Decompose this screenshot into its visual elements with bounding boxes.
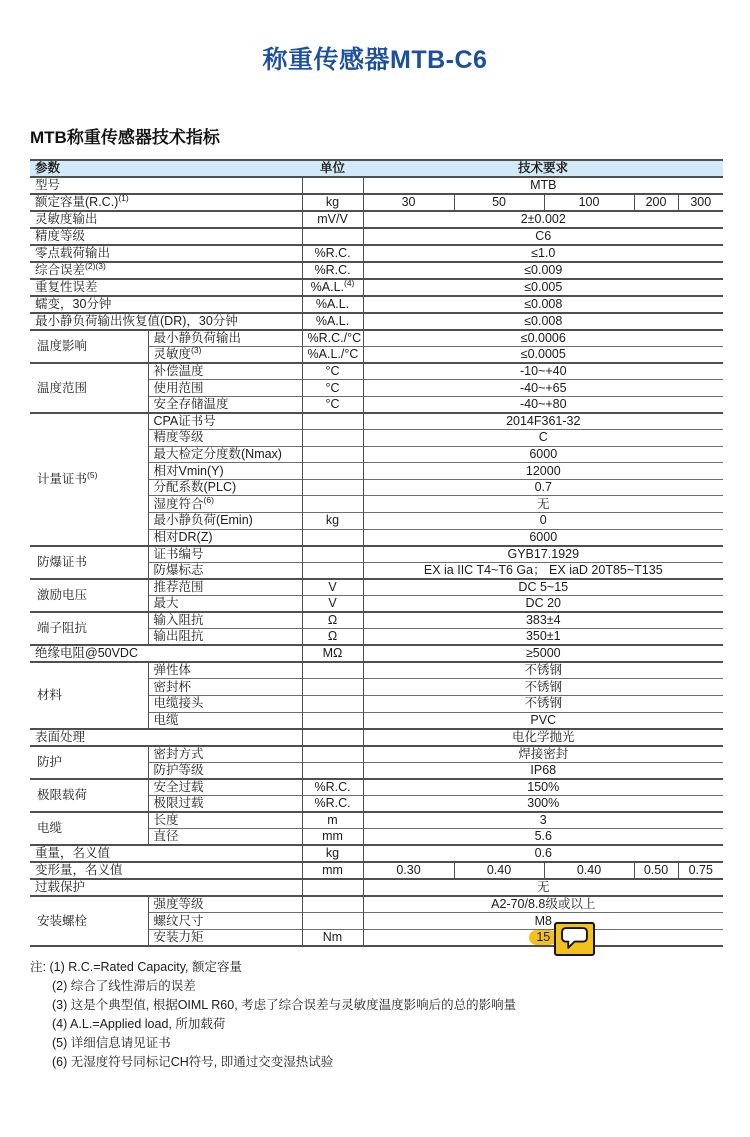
unit-cell: %R.C.: [302, 245, 363, 262]
unit-cell: Ω: [302, 629, 363, 646]
param-cell: 相对DR(Z): [148, 529, 302, 546]
table-row: 端子阻抗输入阻抗Ω383±4: [30, 612, 723, 629]
table-row: 安装螺栓强度等级A2-70/8.8级或以上: [30, 896, 723, 913]
unit-cell: %R.C.: [302, 262, 363, 279]
param-cell: 绝缘电阻@50VDC: [30, 645, 302, 662]
value-cell: ≤0.009: [363, 262, 723, 279]
param-cell: 密封杯: [148, 679, 302, 696]
section-heading: MTB称重传感器技术指标: [30, 123, 750, 148]
unit-cell: [302, 546, 363, 563]
comment-icon[interactable]: [554, 922, 595, 956]
unit-cell: %R.C.: [302, 779, 363, 796]
value-cell: 0.7: [363, 479, 723, 496]
param-cell: 直径: [148, 829, 302, 846]
unit-cell: %R.C.: [302, 795, 363, 812]
value-cell: ≤0.008: [363, 296, 723, 313]
col-header-param: 参数: [30, 160, 302, 177]
table-row: 表面处理电化学抛光: [30, 729, 723, 746]
value-cell: M8: [363, 913, 723, 930]
value-cell: 200: [634, 194, 678, 211]
group-cell: 防爆证书: [30, 546, 148, 579]
table-row: 激励电压推荐范围VDC 5~15: [30, 579, 723, 596]
value-cell: 6000: [363, 446, 723, 463]
highlighted-value: 15: [529, 930, 557, 945]
document-title: 称重传感器MTB-C6: [0, 40, 750, 76]
unit-cell: [302, 479, 363, 496]
param-cell: 防爆标志: [148, 562, 302, 579]
value-cell: A2-70/8.8级或以上: [363, 896, 723, 913]
unit-cell: [302, 430, 363, 447]
unit-cell: V: [302, 596, 363, 613]
value-cell: C6: [363, 228, 723, 245]
param-cell: 电缆接头: [148, 695, 302, 712]
unit-cell: [302, 746, 363, 763]
table-row: 防护密封方式焊接密封: [30, 746, 723, 763]
value-cell: 12000: [363, 463, 723, 480]
param-cell: 精度等级: [30, 228, 302, 245]
unit-cell: [302, 529, 363, 546]
value-cell: 15: [363, 929, 723, 946]
value-cell: 383±4: [363, 612, 723, 629]
param-cell: 输入阻抗: [148, 612, 302, 629]
param-cell: 安装力矩: [148, 929, 302, 946]
value-cell: C: [363, 430, 723, 447]
value-cell: ≤0.008: [363, 313, 723, 330]
unit-cell: [302, 879, 363, 896]
param-cell: 使用范围: [148, 380, 302, 397]
table-row: 额定容量(R.C.)(1)kg3050100200300: [30, 194, 723, 211]
param-cell: 相对Vmin(Y): [148, 463, 302, 480]
unit-cell: mm: [302, 862, 363, 879]
param-cell: 安全存储温度: [148, 396, 302, 413]
value-cell: 无: [363, 496, 723, 513]
value-cell: 不锈钢: [363, 662, 723, 679]
table-row: 温度影响最小静负荷输出%R.C./°C≤0.0006: [30, 330, 723, 347]
unit-cell: °C: [302, 396, 363, 413]
value-cell: -10~+40: [363, 363, 723, 380]
param-cell: 极限过载: [148, 795, 302, 812]
table-row: 精度等级C6: [30, 228, 723, 245]
value-cell: 0.30: [363, 862, 454, 879]
value-cell: 300%: [363, 795, 723, 812]
group-cell: 激励电压: [30, 579, 148, 612]
note-item: 注: (1) R.C.=Rated Capacity, 额定容量: [30, 958, 750, 977]
unit-cell: %A.L.(4): [302, 279, 363, 296]
unit-cell: [302, 695, 363, 712]
unit-cell: V: [302, 579, 363, 596]
param-cell: 电缆: [148, 712, 302, 729]
param-cell: 最大检定分度数(Nmax): [148, 446, 302, 463]
value-cell: 0.40: [544, 862, 634, 879]
unit-cell: [302, 562, 363, 579]
unit-cell: °C: [302, 363, 363, 380]
unit-cell: %A.L./°C: [302, 347, 363, 364]
param-cell: 输出阻抗: [148, 629, 302, 646]
unit-cell: [302, 496, 363, 513]
value-cell: 不锈钢: [363, 679, 723, 696]
col-header-value: 技术要求: [363, 160, 723, 177]
param-cell: 强度等级: [148, 896, 302, 913]
param-cell: 证书编号: [148, 546, 302, 563]
value-cell: 100: [544, 194, 634, 211]
unit-cell: [302, 762, 363, 779]
param-cell: CPA证书号: [148, 413, 302, 430]
note-item: (6) 无湿度符号同标记CH符号, 即通过交变湿热试验: [30, 1053, 750, 1072]
value-cell: 5.6: [363, 829, 723, 846]
table-row: 防爆证书证书编号GYB17.1929: [30, 546, 723, 563]
table-row: 过载保护无: [30, 879, 723, 896]
unit-cell: %R.C./°C: [302, 330, 363, 347]
param-cell: 蠕变，30分钟: [30, 296, 302, 313]
group-cell: 温度影响: [30, 330, 148, 363]
group-cell: 极限载荷: [30, 779, 148, 812]
note-item: (2) 综合了线性滞后的误差: [30, 977, 750, 996]
unit-cell: [302, 228, 363, 245]
value-cell: ≥5000: [363, 645, 723, 662]
table-header-row: 参数 单位 技术要求: [30, 160, 723, 177]
value-cell: 2014F361-32: [363, 413, 723, 430]
param-cell: 最小静负荷输出: [148, 330, 302, 347]
unit-cell: kg: [302, 513, 363, 530]
param-cell: 防护等级: [148, 762, 302, 779]
table-row: 极限载荷安全过载%R.C.150%: [30, 779, 723, 796]
value-cell: ≤0.0006: [363, 330, 723, 347]
value-cell: 电化学抛光: [363, 729, 723, 746]
value-cell: 150%: [363, 779, 723, 796]
value-cell: DC 20: [363, 596, 723, 613]
value-cell: 50: [454, 194, 544, 211]
table-row: 计量证书(5)CPA证书号2014F361-32: [30, 413, 723, 430]
unit-cell: °C: [302, 380, 363, 397]
param-cell: 表面处理: [30, 729, 302, 746]
param-cell: 密封方式: [148, 746, 302, 763]
param-cell: 弹性体: [148, 662, 302, 679]
param-cell: 额定容量(R.C.)(1): [30, 194, 302, 211]
table-row: 灵敏度输出mV/V2±0.002: [30, 211, 723, 228]
group-cell: 计量证书(5): [30, 413, 148, 546]
group-cell: 温度范围: [30, 363, 148, 413]
value-cell: MTB: [363, 177, 723, 194]
document-page: 称重传感器MTB-C6 MTB称重传感器技术指标 参数 单位 技术要求 型号MT…: [0, 40, 750, 1072]
value-cell: 350±1: [363, 629, 723, 646]
unit-cell: MΩ: [302, 645, 363, 662]
table-row: 变形量，名义值mm0.300.400.400.500.75: [30, 862, 723, 879]
unit-cell: [302, 446, 363, 463]
unit-cell: [302, 463, 363, 480]
group-cell: 材料: [30, 662, 148, 728]
param-cell: 最小静负荷输出恢复值(DR)，30分钟: [30, 313, 302, 330]
unit-cell: m: [302, 812, 363, 829]
unit-cell: mV/V: [302, 211, 363, 228]
unit-cell: Nm: [302, 929, 363, 946]
group-cell: 防护: [30, 746, 148, 779]
unit-cell: [302, 913, 363, 930]
param-cell: 重复性误差: [30, 279, 302, 296]
notes-label: 注:: [30, 960, 49, 974]
value-cell: 6000: [363, 529, 723, 546]
param-cell: 安全过载: [148, 779, 302, 796]
table-row: 电缆长度m3: [30, 812, 723, 829]
unit-cell: [302, 177, 363, 194]
unit-cell: kg: [302, 845, 363, 862]
table-row: 重复性误差%A.L.(4)≤0.005: [30, 279, 723, 296]
value-cell: 不锈钢: [363, 695, 723, 712]
param-cell: 过载保护: [30, 879, 302, 896]
param-cell: 型号: [30, 177, 302, 194]
param-cell: 最小静负荷(Emin): [148, 513, 302, 530]
value-cell: 无: [363, 879, 723, 896]
param-cell: 灵敏度(3): [148, 347, 302, 364]
param-cell: 变形量，名义值: [30, 862, 302, 879]
value-cell: 0.50: [634, 862, 678, 879]
group-cell: 电缆: [30, 812, 148, 845]
unit-cell: %A.L.: [302, 296, 363, 313]
param-cell: 螺纹尺寸: [148, 913, 302, 930]
unit-cell: %A.L.: [302, 313, 363, 330]
table-row: 最小静负荷输出恢复值(DR)，30分钟%A.L.≤0.008: [30, 313, 723, 330]
value-cell: ≤1.0: [363, 245, 723, 262]
value-cell: -40~+80: [363, 396, 723, 413]
table-row: 材料弹性体不锈钢: [30, 662, 723, 679]
value-cell: PVC: [363, 712, 723, 729]
value-cell: 0: [363, 513, 723, 530]
value-cell: 焊接密封: [363, 746, 723, 763]
param-cell: 分配系数(PLC): [148, 479, 302, 496]
table-row: 蠕变，30分钟%A.L.≤0.008: [30, 296, 723, 313]
note-item: (5) 详细信息请见证书: [30, 1034, 750, 1053]
unit-cell: [302, 679, 363, 696]
value-cell: 3: [363, 812, 723, 829]
value-cell: 0.75: [678, 862, 723, 879]
value-cell: 2±0.002: [363, 211, 723, 228]
group-cell: 端子阻抗: [30, 612, 148, 645]
unit-cell: mm: [302, 829, 363, 846]
unit-cell: [302, 413, 363, 430]
table-row: 型号MTB: [30, 177, 723, 194]
param-cell: 零点载荷输出: [30, 245, 302, 262]
table-row: 重量，名义值kg0.6: [30, 845, 723, 862]
value-cell: IP68: [363, 762, 723, 779]
group-cell: 安装螺栓: [30, 896, 148, 946]
note-item: (4) A.L.=Applied load, 所加载荷: [30, 1015, 750, 1034]
value-cell: 0.40: [454, 862, 544, 879]
table-row: 综合误差(2)(3)%R.C.≤0.009: [30, 262, 723, 279]
param-cell: 重量，名义值: [30, 845, 302, 862]
unit-cell: [302, 896, 363, 913]
unit-cell: kg: [302, 194, 363, 211]
table-row: 绝缘电阻@50VDCMΩ≥5000: [30, 645, 723, 662]
param-cell: 长度: [148, 812, 302, 829]
unit-cell: Ω: [302, 612, 363, 629]
spec-table: 参数 单位 技术要求 型号MTB额定容量(R.C.)(1)kg305010020…: [30, 159, 723, 947]
value-cell: 0.6: [363, 845, 723, 862]
footnotes: 注: (1) R.C.=Rated Capacity, 额定容量(2) 综合了线…: [30, 958, 750, 1072]
table-row: 零点载荷输出%R.C.≤1.0: [30, 245, 723, 262]
param-cell: 精度等级: [148, 430, 302, 447]
value-cell: GYB17.1929: [363, 546, 723, 563]
unit-cell: [302, 712, 363, 729]
col-header-unit: 单位: [302, 160, 363, 177]
unit-cell: [302, 729, 363, 746]
param-cell: 最大: [148, 596, 302, 613]
note-item: (3) 这是个典型值, 根据OIML R60, 考虑了综合误差与灵敏度温度影响后…: [30, 996, 750, 1015]
value-cell: DC 5~15: [363, 579, 723, 596]
unit-cell: [302, 662, 363, 679]
param-cell: 补偿温度: [148, 363, 302, 380]
param-cell: 推荐范围: [148, 579, 302, 596]
value-cell: 30: [363, 194, 454, 211]
value-cell: 300: [678, 194, 723, 211]
value-cell: EX ia IIC T4~T6 Ga； EX iaD 20T85~T135: [363, 562, 723, 579]
param-cell: 综合误差(2)(3): [30, 262, 302, 279]
table-row: 温度范围补偿温度°C-10~+40: [30, 363, 723, 380]
param-cell: 灵敏度输出: [30, 211, 302, 228]
param-cell: 湿度符合(6): [148, 496, 302, 513]
value-cell: ≤0.0005: [363, 347, 723, 364]
value-cell: -40~+65: [363, 380, 723, 397]
value-cell: ≤0.005: [363, 279, 723, 296]
